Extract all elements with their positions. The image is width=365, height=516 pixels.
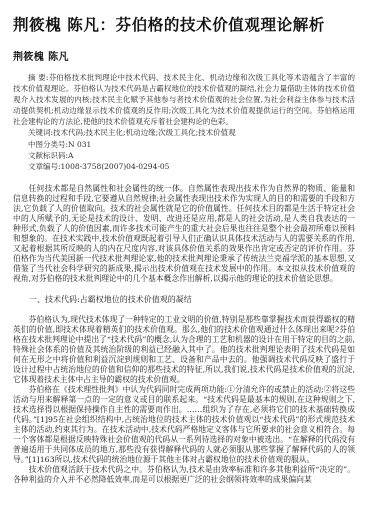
article-id-line: 文章编号:1008-3758(2007)04-0294-05 (13, 161, 355, 172)
article-body: 任何技术都是自然属性和社会属性的统一体。自然属性表现出技术作为自然界的物质、能量… (13, 184, 355, 485)
article-title: 荆筱槐 陈凡：芬伯格的技术价值观理论解析 (13, 15, 355, 35)
section-1-paragraph-2: 芬伯格在《技术理性批判》中认为代码同时完成两项功能:①分清允许的或禁止的活动;②… (13, 385, 355, 465)
document-code-line: 文献标识码:A (13, 150, 355, 161)
article-page: 荆筱槐 陈凡：芬伯格的技术价值观理论解析 荆筱槐 陈凡 摘 要:芬伯格技术批判理… (0, 0, 365, 516)
section-1-paragraph-3: 技术价值观活跃于技术代码之中。芬伯格认为,技术是由效率标准和许多其他利益所“决定… (13, 465, 355, 485)
intro-paragraph: 任何技术都是自然属性和社会属性的统一体。自然属性表现出技术作为自然界的物质、能量… (13, 184, 355, 284)
article-authors: 荆筱槐 陈凡 (13, 48, 355, 63)
section-1-heading: 一、技术代码:占霸权地位的技术价值观的凝结 (13, 295, 355, 305)
section-1-paragraph-1: 芬伯格认为,现代技术体现了一种特定的工业文明的价值,特别是那些靠掌握技术而获得霸… (13, 315, 355, 385)
front-matter: 摘 要:芬伯格技术批判理论中技术代码、技术民主化、机动边缘和次级工具化等术语蕴含… (13, 72, 355, 172)
abstract-text: 摘 要:芬伯格技术批判理论中技术代码、技术民主化、机动边缘和次级工具化等术语蕴含… (13, 72, 355, 127)
clc-number-line: 中图分类号:N 031 (13, 139, 355, 150)
keywords-line: 关键词:技术代码;技术民主化;机动边缘;次级工具化;技术价值观 (13, 127, 355, 138)
